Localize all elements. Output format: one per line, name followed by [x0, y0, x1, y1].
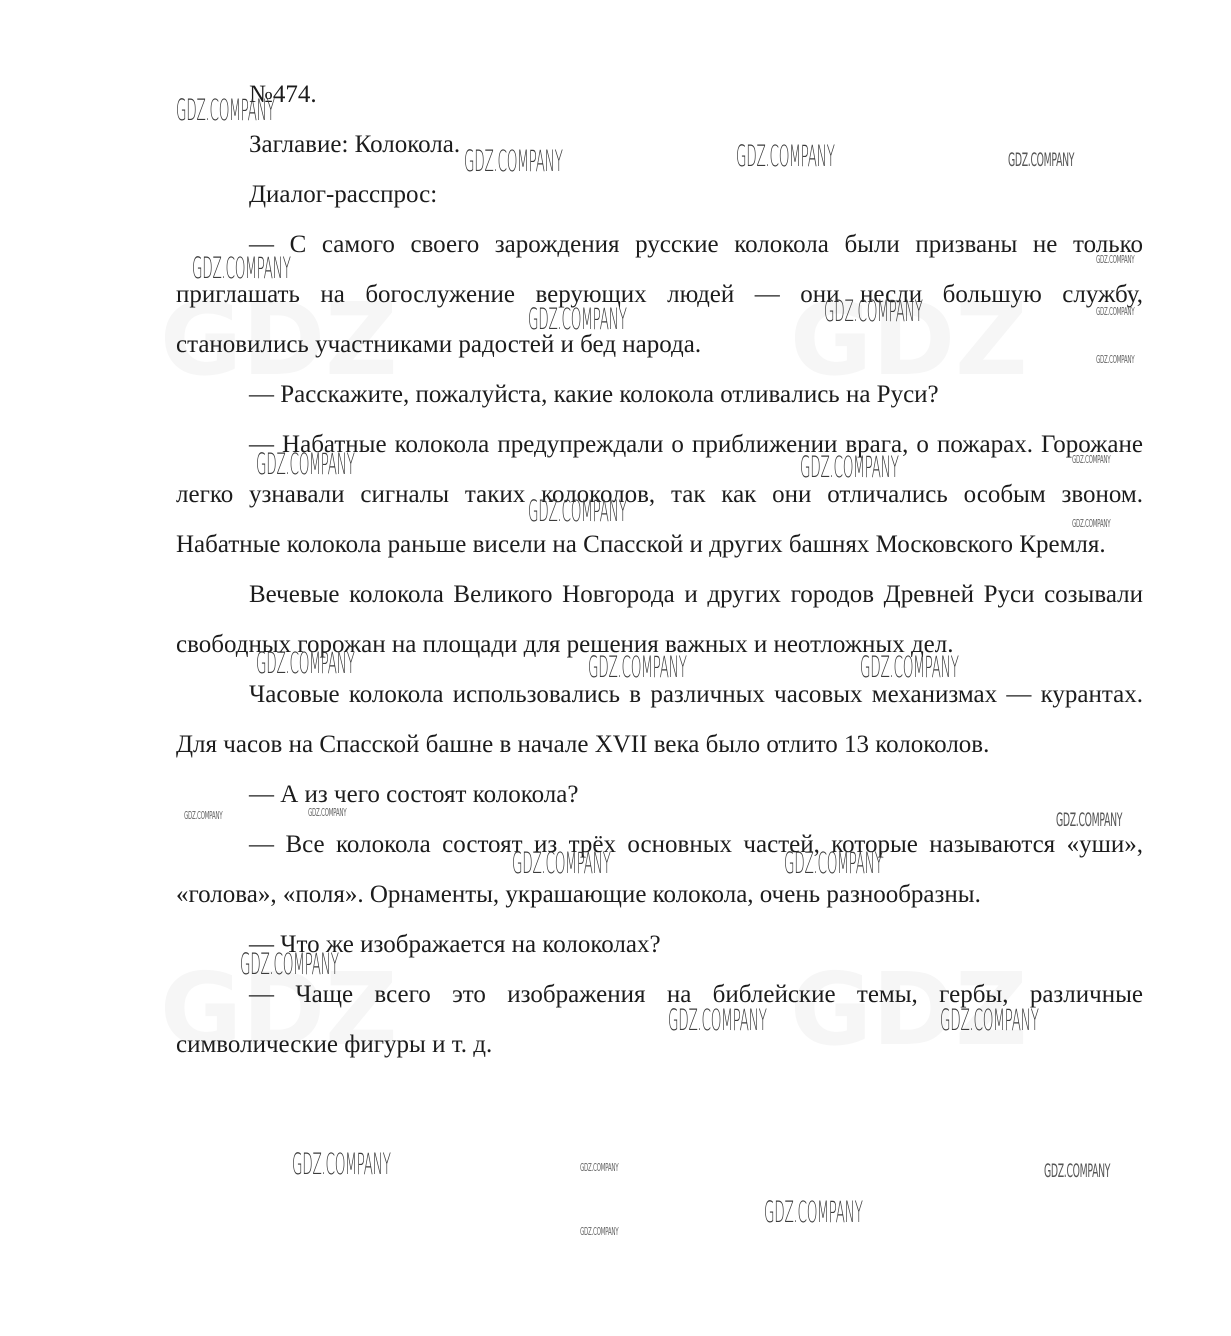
- document-body: №474. Заглавие: Колокола. Диалог-расспро…: [176, 70, 1143, 1070]
- watermark: GDZ.COMPANY: [860, 654, 959, 684]
- watermark: GDZ.COMPANY: [824, 298, 923, 328]
- watermark: GDZ.COMPANY: [240, 951, 339, 981]
- document-page: GDZ GDZ GDZ GDZ №474. Заглавие: Колокола…: [0, 0, 1231, 1336]
- watermark: GDZ.COMPANY: [1056, 811, 1122, 830]
- paragraph: — Расскажите, пожалуйста, какие колокола…: [176, 370, 1143, 420]
- watermark: GDZ.COMPANY: [1096, 256, 1134, 267]
- watermark: GDZ.COMPANY: [588, 654, 687, 684]
- watermark: GDZ.COMPANY: [580, 1228, 618, 1239]
- paragraph: — С самого своего зарождения русские кол…: [176, 220, 1143, 370]
- watermark: GDZ.COMPANY: [1008, 151, 1074, 170]
- watermark: GDZ.COMPANY: [1096, 308, 1134, 319]
- watermark: GDZ.COMPANY: [1072, 520, 1110, 531]
- watermark: GDZ.COMPANY: [940, 1007, 1039, 1037]
- watermark: GDZ.COMPANY: [308, 809, 346, 820]
- watermark: GDZ.COMPANY: [668, 1007, 767, 1037]
- watermark: GDZ.COMPANY: [1044, 1162, 1110, 1181]
- watermark: GDZ.COMPANY: [256, 451, 355, 481]
- watermark: GDZ.COMPANY: [464, 148, 563, 178]
- watermark: GDZ.COMPANY: [292, 1151, 391, 1181]
- watermark: GDZ.COMPANY: [184, 812, 222, 823]
- watermark: GDZ.COMPANY: [784, 850, 883, 880]
- watermark: GDZ.COMPANY: [512, 850, 611, 880]
- title-line: Заглавие: Колокола.: [176, 120, 1143, 170]
- watermark: GDZ.COMPANY: [1096, 356, 1134, 367]
- paragraph: — Набатные колокола предупреждали о приб…: [176, 420, 1143, 570]
- watermark: GDZ.COMPANY: [176, 97, 275, 127]
- watermark: GDZ.COMPANY: [764, 1199, 863, 1229]
- watermark: GDZ.COMPANY: [736, 143, 835, 173]
- exercise-number: №474.: [176, 70, 1143, 120]
- paragraph: — Все колокола состоят из трёх основных …: [176, 820, 1143, 920]
- watermark: GDZ.COMPANY: [1072, 456, 1110, 467]
- watermark: GDZ.COMPANY: [192, 255, 291, 285]
- watermark: GDZ.COMPANY: [256, 650, 355, 680]
- watermark: GDZ.COMPANY: [528, 306, 627, 336]
- watermark: GDZ.COMPANY: [800, 454, 899, 484]
- watermark: GDZ.COMPANY: [528, 498, 627, 528]
- watermark: GDZ.COMPANY: [580, 1164, 618, 1175]
- subtitle-line: Диалог-расспрос:: [176, 170, 1143, 220]
